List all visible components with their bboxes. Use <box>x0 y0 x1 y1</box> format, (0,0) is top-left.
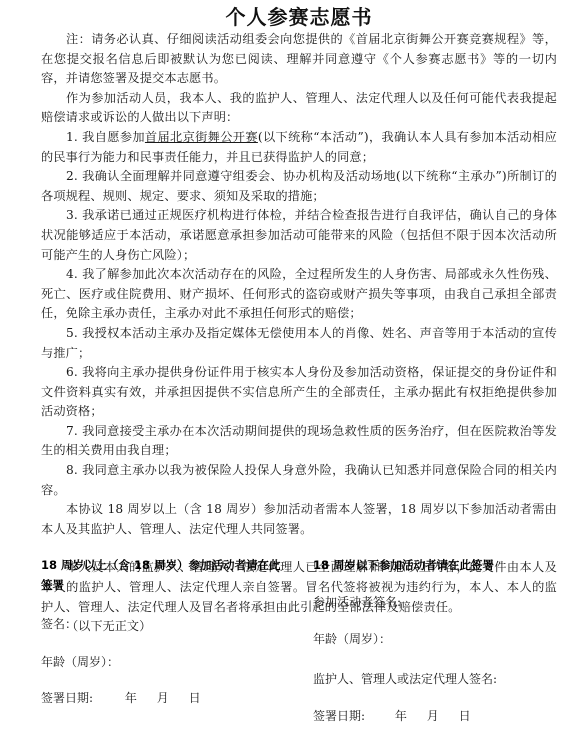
minor-heading: 18 周岁以下参加活动者请在此签署 <box>313 555 563 575</box>
clause-5: 5. 我授权本活动主承办及指定媒体无偿使用本人的肖像、姓名、声音等用于本活动的宣… <box>41 324 557 363</box>
clause-6: 6. 我将向主承办提供身份证件用于核实本人身份及参加活动资格，保证提交的身份证件… <box>41 363 557 422</box>
minor-date-field[interactable]: 签署日期: 年 月 日 <box>313 707 471 726</box>
minor-year: 年 <box>395 707 407 726</box>
clause-3: 3. 我承诺已通过正规医疗机构进行体检，并结合检查报告进行自我评估，确认自己的身… <box>41 206 557 265</box>
minor-age-field[interactable]: 年龄（周岁）： <box>313 630 391 649</box>
note-paragraph: 注：请务必认真、仔细阅读活动组委会向您提供的《首届北京街舞公开赛竞赛规程》等，在… <box>41 30 557 89</box>
agreement-paragraph: 本协议 18 周岁以上（含 18 周岁）参加活动者需本人签署，18 周岁以下参加… <box>41 500 557 539</box>
intro-paragraph: 作为参加活动人员，我本人、我的监护人、管理人、法定代理人以及任何可能代表我提起赔… <box>41 89 557 128</box>
clause-7: 7. 我同意接受主承办在本次活动期间提供的现场急救性质的医务治疗，但在医院救治等… <box>41 422 557 461</box>
adult-month: 月 <box>157 689 169 708</box>
signature-section: 18 周岁以上（含 18 周岁）参加活动者请在此签署 签名： 年龄（周岁）： 签… <box>41 555 561 748</box>
waiver-document: 个人参赛志愿书 注：请务必认真、仔细阅读活动组委会向您提供的《首届北京街舞公开赛… <box>41 0 557 637</box>
adult-age-field[interactable]: 年龄（周岁）： <box>41 653 119 672</box>
clause-2: 2. 我确认全面理解并同意遵守组委会、协办机构及活动场地(以下统称“主承办”)所… <box>41 167 557 206</box>
adult-day: 日 <box>189 689 201 708</box>
clause-1-prefix: 1. 我自愿参加 <box>66 130 145 144</box>
minor-day: 日 <box>459 707 471 726</box>
adult-heading: 18 周岁以上（含 18 周岁）参加活动者请在此签署 <box>41 555 291 595</box>
minor-signature-block: 18 周岁以下参加活动者请在此签署 参加活动者签名: 年龄（周岁）： 监护人、管… <box>313 555 563 575</box>
adult-name-field[interactable]: 签名： <box>41 615 77 634</box>
adult-year: 年 <box>125 689 137 708</box>
adult-signature-block: 18 周岁以上（含 18 周岁）参加活动者请在此签署 签名： 年龄（周岁）： 签… <box>41 555 291 595</box>
minor-month: 月 <box>427 707 439 726</box>
minor-date-label: 签署日期: <box>313 709 365 723</box>
clause-1: 1. 我自愿参加首届北京街舞公开赛(以下统称“本活动”)，我确认本人具有参加本活… <box>41 128 557 167</box>
guardian-signature-field[interactable]: 监护人、管理人或法定代理人签名: <box>313 670 497 689</box>
minor-participant-field[interactable]: 参加活动者签名: <box>313 593 401 612</box>
clause-8: 8. 我同意主承办以我为被保险人投保人身意外险，我确认已知悉并同意保险合同的相关… <box>41 461 557 500</box>
event-name: 首届北京街舞公开赛 <box>145 130 258 144</box>
adult-date-field[interactable]: 签署日期: 年 月 日 <box>41 689 201 708</box>
clause-4: 4. 我了解参加此次本次活动存在的风险，全过程所发生的人身伤害、局部或永久性伤残… <box>41 265 557 324</box>
adult-date-label: 签署日期: <box>41 691 93 705</box>
document-title: 个人参赛志愿书 <box>41 6 557 28</box>
